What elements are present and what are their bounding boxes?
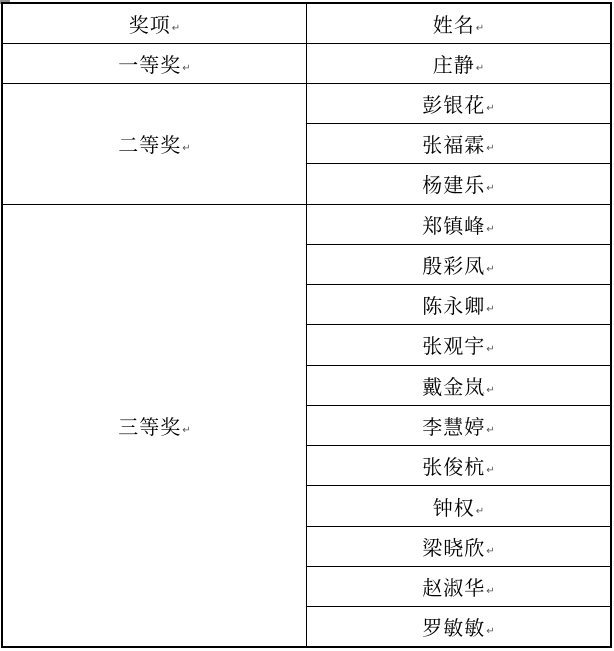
paragraph-mark-icon: ↵: [486, 304, 494, 315]
name-cell: 杨建乐↵: [307, 164, 612, 204]
paragraph-mark-icon: ↵: [486, 626, 494, 637]
name-label: 陈永卿: [422, 296, 485, 318]
paragraph-mark-icon: ↵: [182, 425, 190, 436]
paragraph-mark-icon: ↵: [486, 224, 494, 235]
paragraph-mark-icon: ↵: [486, 183, 494, 194]
paragraph-mark-icon: ↵: [476, 23, 484, 34]
header-row: 奖项↵ 姓名↵: [2, 3, 611, 43]
award-header-cell: 奖项↵: [2, 3, 307, 43]
name-cell: 戴金岚↵: [307, 365, 612, 405]
paragraph-mark-icon: ↵: [182, 63, 190, 74]
award-cell: 三等奖↵: [2, 204, 307, 647]
paragraph-mark-icon: ↵: [476, 506, 484, 517]
award-label: 二等奖: [118, 135, 181, 157]
name-header-label: 姓名: [433, 15, 475, 37]
name-cell: 李慧婷↵: [307, 405, 612, 445]
name-cell: 彭银花↵: [307, 83, 612, 123]
award-table-body: 一等奖↵庄静↵二等奖↵彭银花↵张福霖↵杨建乐↵三等奖↵郑镇峰↵殷彩凤↵陈永卿↵张…: [2, 43, 611, 647]
name-label: 彭银花: [422, 95, 485, 117]
table-row: 二等奖↵彭银花↵: [2, 83, 611, 123]
paragraph-mark-icon: ↵: [486, 143, 494, 154]
paragraph-mark-icon: ↵: [486, 586, 494, 597]
name-label: 钟权: [433, 498, 475, 520]
paragraph-mark-icon: ↵: [486, 546, 494, 557]
name-label: 殷彩凤: [422, 256, 485, 278]
paragraph-mark-icon: ↵: [486, 264, 494, 275]
name-label: 罗敏敏: [422, 618, 485, 640]
paragraph-mark-icon: ↵: [486, 465, 494, 476]
paragraph-mark-icon: ↵: [486, 385, 494, 396]
name-label: 赵淑华: [422, 578, 485, 600]
award-cell: 二等奖↵: [2, 83, 307, 204]
paragraph-mark-icon: ↵: [486, 425, 494, 436]
name-label: 梁晓欣: [422, 538, 485, 560]
name-cell: 陈永卿↵: [307, 285, 612, 325]
name-cell: 殷彩凤↵: [307, 244, 612, 284]
name-cell: 钟权↵: [307, 486, 612, 526]
name-cell: 郑镇峰↵: [307, 204, 612, 244]
award-header-label: 奖项: [129, 15, 171, 37]
table-row: 三等奖↵郑镇峰↵: [2, 204, 611, 244]
name-cell: 梁晓欣↵: [307, 526, 612, 566]
name-label: 李慧婷: [422, 417, 485, 439]
name-label: 张俊杭: [422, 457, 485, 479]
award-table: 奖项↵ 姓名↵ 一等奖↵庄静↵二等奖↵彭银花↵张福霖↵杨建乐↵三等奖↵郑镇峰↵殷…: [1, 2, 612, 648]
name-label: 杨建乐: [422, 175, 485, 197]
paragraph-mark-icon: ↵: [172, 23, 180, 34]
name-cell: 张观宇↵: [307, 325, 612, 365]
name-label: 张观宇: [422, 336, 485, 358]
name-label: 戴金岚: [422, 377, 485, 399]
award-label: 一等奖: [118, 55, 181, 77]
name-cell: 赵淑华↵: [307, 566, 612, 606]
paragraph-mark-icon: ↵: [486, 103, 494, 114]
award-cell: 一等奖↵: [2, 43, 307, 83]
award-table-header: 奖项↵ 姓名↵: [2, 3, 611, 43]
name-label: 张福霖: [422, 135, 485, 157]
paragraph-mark-icon: ↵: [182, 143, 190, 154]
name-cell: 张俊杭↵: [307, 446, 612, 486]
name-header-cell: 姓名↵: [307, 3, 612, 43]
paragraph-mark-icon: ↵: [486, 344, 494, 355]
name-cell: 庄静↵: [307, 43, 612, 83]
name-label: 庄静: [433, 55, 475, 77]
name-label: 郑镇峰: [422, 216, 485, 238]
award-label: 三等奖: [118, 417, 181, 439]
name-cell: 张福霖↵: [307, 124, 612, 164]
name-cell: 罗敏敏↵: [307, 607, 612, 647]
table-row: 一等奖↵庄静↵: [2, 43, 611, 83]
paragraph-mark-icon: ↵: [476, 63, 484, 74]
